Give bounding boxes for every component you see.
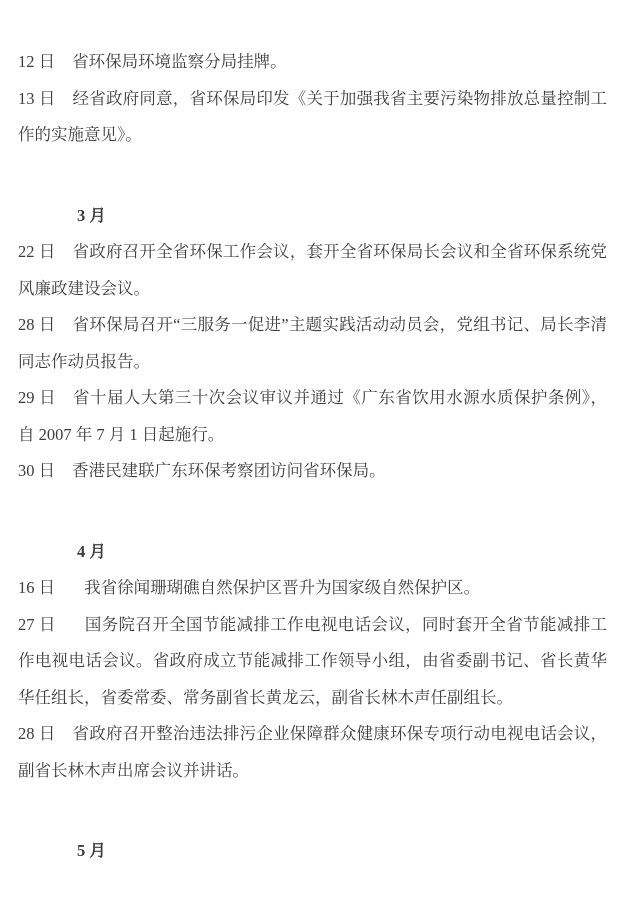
entry-date: 29 日 xyxy=(18,388,56,407)
entry-text: 经省政府同意，省环保局印发《关于加强我省主要污染物排放总量控制工作的实施意见》。 xyxy=(18,89,607,145)
entry-text: 省政府召开整治违法排污企业保障群众健康环保专项行动电视电话会议，副省长林木声出席… xyxy=(18,724,607,780)
entry-paragraph: 29 日省十届人大第三十次会议审议并通过《广东省饮用水源水质保护条例》，自 20… xyxy=(18,380,607,453)
entry-paragraph: 12 日省环保局环境监察分局挂牌。 xyxy=(18,44,607,81)
entry-date: 12 日 xyxy=(18,52,55,71)
entry-text: 省政府召开全省环保工作会议，套开全省环保局长会议和全省环保系统党风廉政建设会议。 xyxy=(18,242,607,298)
entry-paragraph: 13 日经省政府同意，省环保局印发《关于加强我省主要污染物排放总量控制工作的实施… xyxy=(18,81,607,154)
entry-paragraph: 28 日省政府召开整治违法排污企业保障群众健康环保专项行动电视电话会议，副省长林… xyxy=(18,716,607,789)
entry-text: 香港民建联广东环保考察团访问省环保局。 xyxy=(72,461,386,480)
entry-text: 省十届人大第三十次会议审议并通过《广东省饮用水源水质保护条例》，自 2007 年… xyxy=(18,388,607,444)
entry-date: 28 日 xyxy=(18,315,56,334)
entry-text: 国务院召开全国节能减排工作电视电话会议，同时套开全省节能减排工作电视电话会议。省… xyxy=(18,615,607,707)
entry-paragraph: 22 日省政府召开全省环保工作会议，套开全省环保局长会议和全省环保系统党风廉政建… xyxy=(18,234,607,307)
entry-paragraph: 28 日省环保局召开“三服务一促进”主题实践活动动员会，党组书记、局长李清同志作… xyxy=(18,307,607,380)
month-heading-may: 5 月 xyxy=(18,833,607,870)
entry-date: 28 日 xyxy=(18,724,56,743)
month-heading-april: 4 月 xyxy=(18,534,607,571)
entry-text: 省环保局召开“三服务一促进”主题实践活动动员会，党组书记、局长李清同志作动员报告… xyxy=(18,315,607,371)
entry-text: 省环保局环境监察分局挂牌。 xyxy=(72,52,287,71)
month-heading-march: 3 月 xyxy=(18,198,607,235)
entry-text: 我省徐闻珊瑚礁自然保护区晋升为国家级自然保护区。 xyxy=(84,578,480,597)
entry-date: 13 日 xyxy=(18,89,56,108)
entry-paragraph: 30 日香港民建联广东环保考察团访问省环保局。 xyxy=(18,453,607,490)
entry-date: 30 日 xyxy=(18,461,55,480)
entry-date: 16 日 xyxy=(18,578,55,597)
entry-date: 27 日 xyxy=(18,615,56,634)
document-page: 12 日省环保局环境监察分局挂牌。 13 日经省政府同意，省环保局印发《关于加强… xyxy=(0,0,625,899)
entry-date: 22 日 xyxy=(18,242,56,261)
entry-paragraph: 16 日我省徐闻珊瑚礁自然保护区晋升为国家级自然保护区。 xyxy=(18,570,607,607)
entry-paragraph: 27 日国务院召开全国节能减排工作电视电话会议，同时套开全省节能减排工作电视电话… xyxy=(18,607,607,717)
